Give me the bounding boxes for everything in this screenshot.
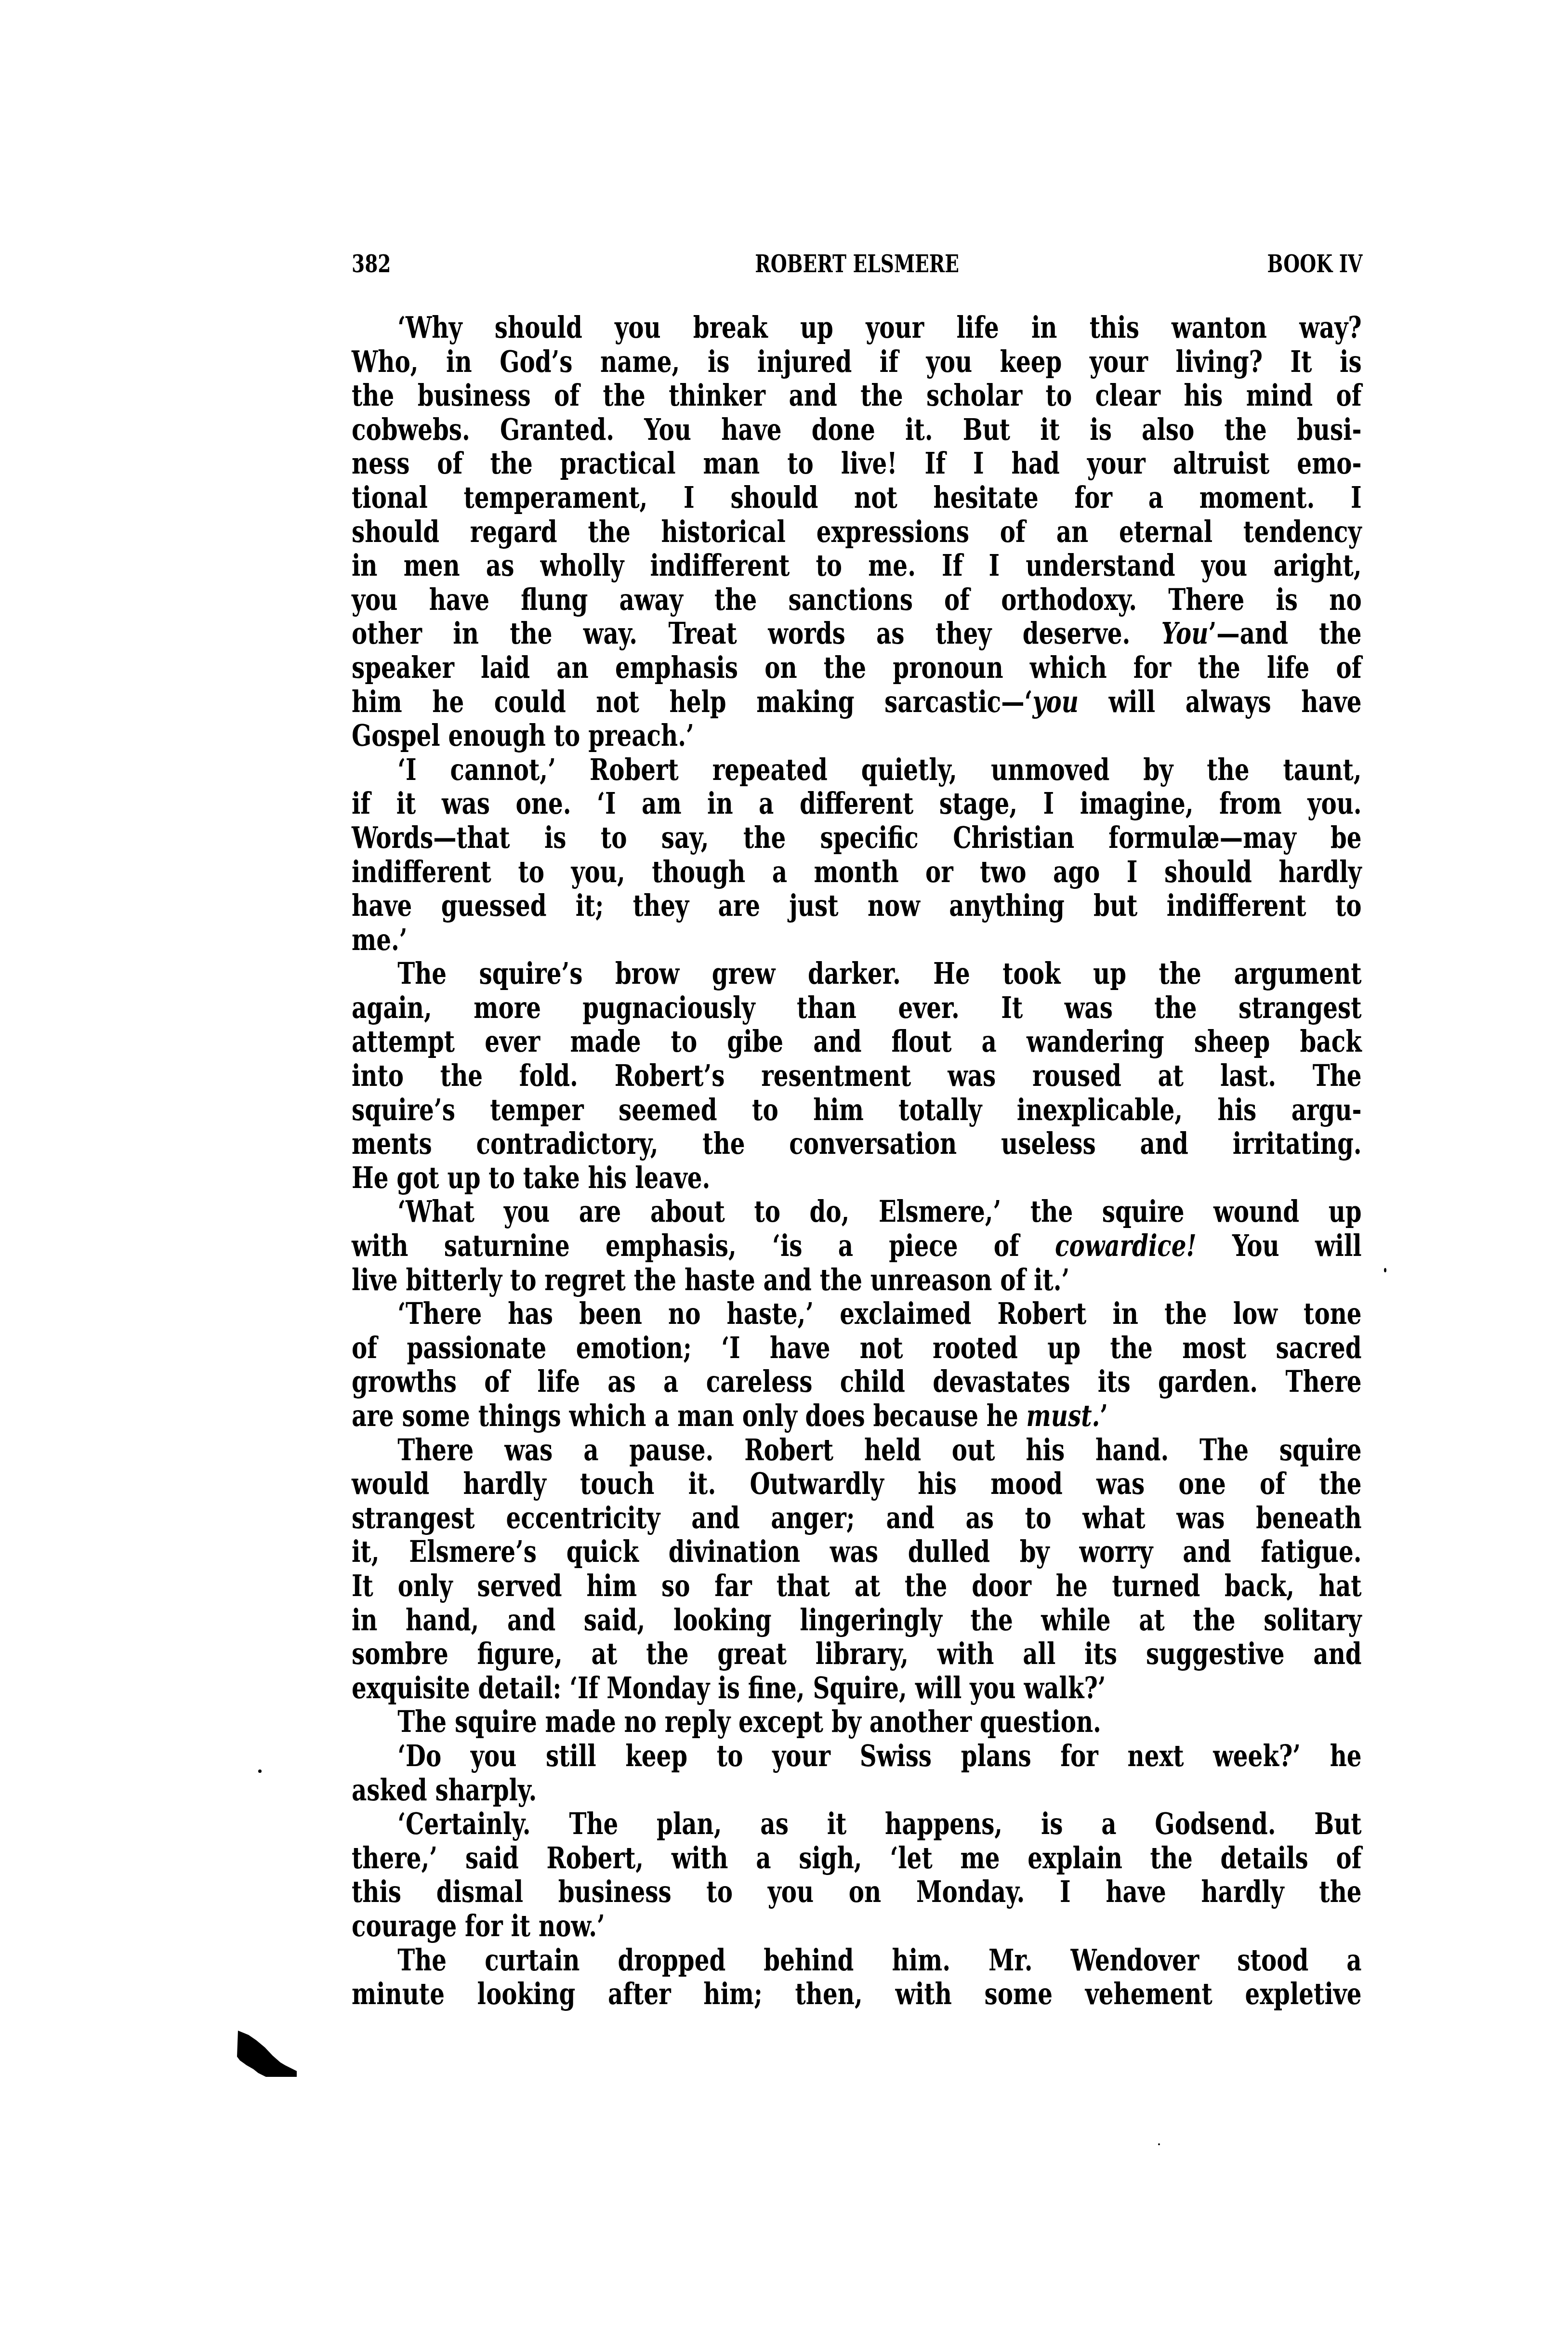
text-run: tional temperament, I should not hesitat… — [352, 480, 1362, 515]
text-line: asked sharply. — [352, 1773, 1362, 1808]
scan-speck — [1265, 900, 1267, 905]
text-line: have guessed it; they are just now anyth… — [352, 889, 1362, 923]
text-run: indifferent to you, though a month or tw… — [352, 854, 1362, 889]
text-line: indifferent to you, though a month or tw… — [352, 855, 1362, 889]
text-run: me.’ — [352, 922, 408, 957]
text-run: into the fold. Robert’s resentment was r… — [352, 1058, 1362, 1093]
text-run: Words—that is to say, the specific Chris… — [352, 820, 1362, 855]
text-run: He got up to take his leave. — [352, 1160, 710, 1195]
text-run: in men as wholly indifferent to me. If I… — [352, 548, 1362, 583]
text-run: squire’s temper seemed to him totally in… — [352, 1092, 1362, 1127]
text-line: Words—that is to say, the specific Chris… — [352, 821, 1362, 855]
text-run: ness of the practical man to live! If I … — [352, 446, 1362, 481]
text-line: attempt ever made to gibe and flout a wa… — [352, 1025, 1362, 1059]
text-run: attempt ever made to gibe and flout a wa… — [352, 1024, 1362, 1059]
text-run: sombre figure, at the great library, wit… — [352, 1636, 1362, 1671]
text-line: there,’ said Robert, with a sigh, ‘let m… — [352, 1841, 1362, 1875]
text-run: ‘Why should you break up your life in th… — [397, 310, 1361, 345]
scan-speck — [643, 597, 646, 602]
text-run: The squire made no reply except by anoth… — [397, 1704, 1101, 1739]
text-line: The squire’s brow grew darker. He took u… — [352, 957, 1362, 991]
text-line: ments contradictory, the conversation us… — [352, 1127, 1362, 1161]
text-line: live bitterly to regret the haste and th… — [352, 1263, 1362, 1297]
text-line: other in the way. Treat words as they de… — [352, 617, 1362, 651]
text-run: The curtain dropped behind him. Mr. Wend… — [397, 1942, 1361, 1978]
text-run: are some things which a man only does be… — [352, 1398, 1027, 1433]
text-line: ‘I cannot,’ Robert repeated quietly, unm… — [352, 753, 1362, 787]
text-run: there,’ said Robert, with a sigh, ‘let m… — [352, 1840, 1362, 1875]
italic-emphasis: cowardice! — [1055, 1228, 1197, 1263]
text-run: speaker laid an emphasis on the pronoun … — [352, 650, 1362, 685]
text-run: live bitterly to regret the haste and th… — [352, 1262, 1069, 1297]
text-run: ‘There has been no haste,’ exclaimed Rob… — [397, 1296, 1361, 1331]
text-line: the business of the thinker and the scho… — [352, 379, 1362, 413]
text-run: this dismal business to you on Monday. I… — [352, 1874, 1362, 1909]
text-run: should regard the historical expressions… — [352, 514, 1362, 549]
text-run: exquisite detail: ‘If Monday is fine, Sq… — [352, 1670, 1106, 1705]
italic-emphasis: You — [1161, 616, 1209, 651]
text-run: The squire’s brow grew darker. He took u… — [397, 956, 1361, 991]
text-line: are some things which a man only does be… — [352, 1399, 1362, 1433]
text-line: into the fold. Robert’s resentment was r… — [352, 1059, 1362, 1093]
text-run: ‘I cannot,’ Robert repeated quietly, unm… — [397, 752, 1361, 787]
text-line: ‘Why should you break up your life in th… — [352, 311, 1362, 345]
scan-speck — [258, 1769, 262, 1773]
text-run: You will — [1197, 1228, 1362, 1263]
text-run: courage for it now.’ — [352, 1908, 605, 1943]
text-run: asked sharply. — [352, 1772, 537, 1808]
text-line: Who, in God’s name, is injured if you ke… — [352, 345, 1362, 379]
text-line: Gospel enough to preach.’ — [352, 719, 1362, 753]
text-run: you have flung away the sanctions of ort… — [352, 582, 1362, 617]
text-run: of passionate emotion; ‘I have not roote… — [352, 1330, 1362, 1365]
italic-emphasis: you — [1032, 684, 1079, 719]
text-line: sombre figure, at the great library, wit… — [352, 1637, 1362, 1671]
text-run: if it was one. ‘I am in a different stag… — [352, 786, 1362, 821]
text-run: Who, in God’s name, is injured if you ke… — [352, 344, 1362, 379]
text-line: It only served him so far that at the do… — [352, 1569, 1362, 1603]
text-run: ‘Certainly. The plan, as it happens, is … — [397, 1806, 1361, 1841]
text-line: ‘What you are about to do, Elsmere,’ the… — [352, 1195, 1362, 1229]
text-run: him he could not help making sarcastic—‘ — [352, 684, 1032, 719]
text-run: cobwebs. Granted. You have done it. But … — [352, 412, 1362, 447]
text-line: He got up to take his leave. — [352, 1161, 1362, 1195]
running-head: 382 ROBERT ELSMERE BOOK IV — [352, 250, 1362, 280]
text-run: Gospel enough to preach.’ — [352, 718, 694, 753]
text-line: courage for it now.’ — [352, 1909, 1362, 1943]
text-line: it, Elsmere’s quick divination was dulle… — [352, 1535, 1362, 1569]
text-run: again, more pugnaciously than ever. It w… — [352, 990, 1362, 1025]
text-run: strangest eccentricity and anger; and as… — [352, 1500, 1362, 1535]
text-run: with saturnine emphasis, ‘is a piece of — [352, 1228, 1055, 1263]
text-line: again, more pugnaciously than ever. It w… — [352, 991, 1362, 1025]
body-text: ‘Why should you break up your life in th… — [352, 311, 1362, 2011]
text-line: if it was one. ‘I am in a different stag… — [352, 787, 1362, 821]
text-run: the business of the thinker and the scho… — [352, 378, 1362, 413]
text-run: ‘What you are about to do, Elsmere,’ the… — [397, 1194, 1361, 1229]
text-line: in men as wholly indifferent to me. If I… — [352, 549, 1362, 583]
italic-emphasis: must. — [1027, 1398, 1100, 1433]
text-run: in hand, and said, looking lingeringly t… — [352, 1602, 1362, 1637]
scan-speck — [1158, 2143, 1160, 2145]
text-run: have guessed it; they are just now anyth… — [352, 888, 1362, 923]
text-line: The squire made no reply except by anoth… — [352, 1705, 1362, 1739]
text-run: would hardly touch it. Outwardly his moo… — [352, 1466, 1362, 1501]
text-run: minute looking after him; then, with som… — [352, 1976, 1362, 2011]
text-line: with saturnine emphasis, ‘is a piece of … — [352, 1229, 1362, 1263]
scan-speck — [1384, 1268, 1386, 1272]
text-line: growths of life as a careless child deva… — [352, 1365, 1362, 1399]
text-line: of passionate emotion; ‘I have not roote… — [352, 1331, 1362, 1365]
text-line: him he could not help making sarcastic—‘… — [352, 685, 1362, 719]
text-line: would hardly touch it. Outwardly his moo… — [352, 1467, 1362, 1501]
book-title: ROBERT ELSMERE — [352, 250, 1362, 278]
text-line: There was a pause. Robert held out his h… — [352, 1433, 1362, 1467]
text-line: this dismal business to you on Monday. I… — [352, 1875, 1362, 1909]
text-line: should regard the historical expressions… — [352, 515, 1362, 549]
scan-ink-blot — [237, 2031, 298, 2077]
text-line: ‘Do you still keep to your Swiss plans f… — [352, 1739, 1362, 1773]
text-line: tional temperament, I should not hesitat… — [352, 481, 1362, 515]
text-run: ments contradictory, the conversation us… — [352, 1126, 1362, 1161]
text-run: ’ — [1100, 1398, 1108, 1433]
text-run: ’—and the — [1209, 616, 1362, 651]
text-run: It only served him so far that at the do… — [352, 1568, 1362, 1603]
text-run: it, Elsmere’s quick divination was dulle… — [352, 1534, 1362, 1569]
text-line: strangest eccentricity and anger; and as… — [352, 1501, 1362, 1535]
text-line: ‘Certainly. The plan, as it happens, is … — [352, 1807, 1362, 1841]
text-run: There was a pause. Robert held out his h… — [397, 1432, 1361, 1467]
text-line: squire’s temper seemed to him totally in… — [352, 1093, 1362, 1127]
text-line: cobwebs. Granted. You have done it. But … — [352, 413, 1362, 447]
text-run: ‘Do you still keep to your Swiss plans f… — [397, 1738, 1361, 1773]
text-line: in hand, and said, looking lingeringly t… — [352, 1603, 1362, 1637]
book-section: BOOK IV — [1267, 250, 1363, 278]
text-line: you have flung away the sanctions of ort… — [352, 583, 1362, 617]
text-line: ‘There has been no haste,’ exclaimed Rob… — [352, 1297, 1362, 1331]
book-page: 382 ROBERT ELSMERE BOOK IV ‘Why should y… — [0, 0, 1568, 2350]
text-line: me.’ — [352, 923, 1362, 957]
text-run: growths of life as a careless child deva… — [352, 1364, 1362, 1399]
text-line: exquisite detail: ‘If Monday is fine, Sq… — [352, 1671, 1362, 1705]
text-run: other in the way. Treat words as they de… — [352, 616, 1161, 651]
text-line: ness of the practical man to live! If I … — [352, 447, 1362, 481]
text-line: speaker laid an emphasis on the pronoun … — [352, 651, 1362, 685]
text-line: The curtain dropped behind him. Mr. Wend… — [352, 1943, 1362, 1978]
text-run: will always have — [1079, 684, 1362, 719]
text-line: minute looking after him; then, with som… — [352, 1977, 1362, 2011]
